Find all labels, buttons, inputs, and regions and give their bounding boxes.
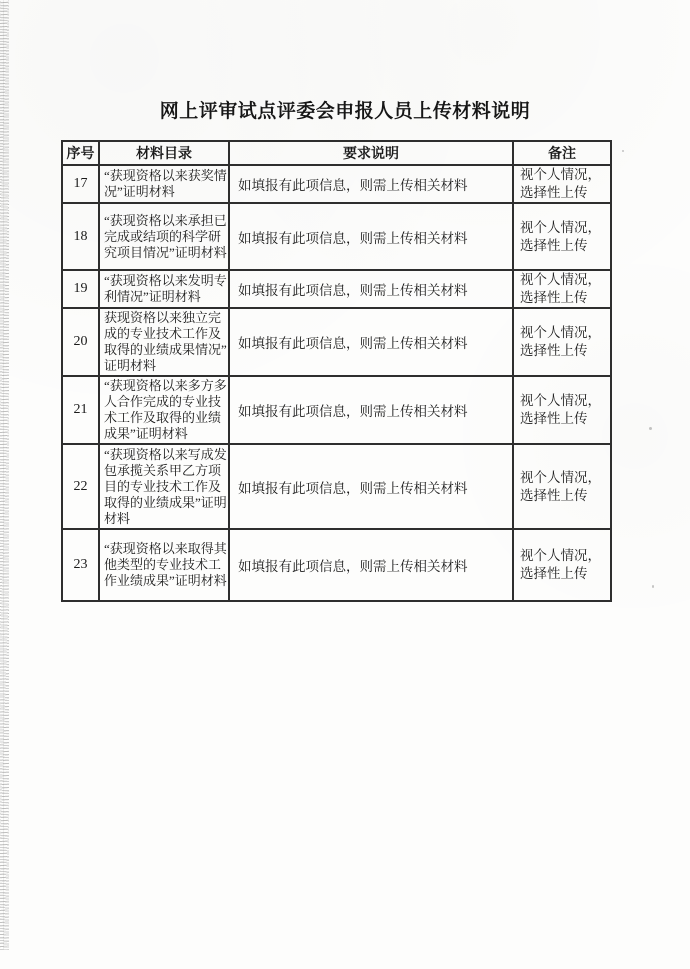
material-cell: “获现资格以来承担已完成或结项的科学研究项目情况”证明材料 — [99, 203, 229, 270]
table-row: 23 “获现资格以来取得其他类型的专业技术工作业绩成果”证明材料 如填报有此项信… — [62, 529, 611, 601]
scan-speck — [649, 427, 652, 430]
note-cell: 视个人情况，选择性上传 — [513, 529, 611, 601]
requirement-cell: 如填报有此项信息，则需上传相关材料 — [229, 270, 513, 308]
table-header-row: 序号 材料目录 要求说明 备注 — [62, 141, 611, 165]
requirement-cell: 如填报有此项信息，则需上传相关材料 — [229, 529, 513, 601]
table-row: 19 “获现资格以来发明专利情况”证明材料 如填报有此项信息，则需上传相关材料 … — [62, 270, 611, 308]
note-cell: 视个人情况，选择性上传 — [513, 203, 611, 270]
note-cell: 视个人情况，选择性上传 — [513, 376, 611, 444]
table-row: 18 “获现资格以来承担已完成或结项的科学研究项目情况”证明材料 如填报有此项信… — [62, 203, 611, 270]
material-cell: “获现资格以来写成发包承揽关系甲乙方项目的专业技术工作及取得的业绩成果”证明材料 — [99, 444, 229, 529]
note-cell: 视个人情况，选择性上传 — [513, 165, 611, 203]
note-cell: 视个人情况，选择性上传 — [513, 270, 611, 308]
document-title: 网上评审试点评委会申报人员上传材料说明 — [0, 96, 690, 123]
materials-table: 序号 材料目录 要求说明 备注 17 “获现资格以来获奖情况”证明材料 如填报有… — [61, 140, 612, 602]
requirement-cell: 如填报有此项信息，则需上传相关材料 — [229, 165, 513, 203]
header-seq-no: 序号 — [62, 141, 99, 165]
header-remarks: 备注 — [513, 141, 611, 165]
table-row: 22 “获现资格以来写成发包承揽关系甲乙方项目的专业技术工作及取得的业绩成果”证… — [62, 444, 611, 529]
table-row: 17 “获现资格以来获奖情况”证明材料 如填报有此项信息，则需上传相关材料 视个… — [62, 165, 611, 203]
row-number-cell: 22 — [62, 444, 99, 529]
material-cell: 获现资格以来独立完成的专业技术工作及取得的业绩成果情况”证明材料 — [99, 308, 229, 376]
table-row: 21 “获现资格以来多方多人合作完成的专业技术工作及取得的业绩成果”证明材料 如… — [62, 376, 611, 444]
note-cell: 视个人情况，选择性上传 — [513, 444, 611, 529]
requirement-cell: 如填报有此项信息，则需上传相关材料 — [229, 376, 513, 444]
row-number-cell: 23 — [62, 529, 99, 601]
row-number-cell: 21 — [62, 376, 99, 444]
scan-speck — [622, 150, 624, 152]
material-cell: “获现资格以来获奖情况”证明材料 — [99, 165, 229, 203]
row-number-cell: 20 — [62, 308, 99, 376]
material-cell: “获现资格以来多方多人合作完成的专业技术工作及取得的业绩成果”证明材料 — [99, 376, 229, 444]
requirement-cell: 如填报有此项信息，则需上传相关材料 — [229, 203, 513, 270]
material-cell: “获现资格以来取得其他类型的专业技术工作业绩成果”证明材料 — [99, 529, 229, 601]
requirement-cell: 如填报有此项信息，则需上传相关材料 — [229, 308, 513, 376]
material-cell: “获现资格以来发明专利情况”证明材料 — [99, 270, 229, 308]
note-cell: 视个人情况，选择性上传 — [513, 308, 611, 376]
scan-speck — [652, 585, 654, 588]
scanned-document-page: 网上评审试点评委会申报人员上传材料说明 序号 材料目录 要求说明 备注 17 “… — [0, 0, 690, 969]
table-row: 20 获现资格以来独立完成的专业技术工作及取得的业绩成果情况”证明材料 如填报有… — [62, 308, 611, 376]
row-number-cell: 17 — [62, 165, 99, 203]
header-requirement: 要求说明 — [229, 141, 513, 165]
header-material-catalog: 材料目录 — [99, 141, 229, 165]
row-number-cell: 18 — [62, 203, 99, 270]
row-number-cell: 19 — [62, 270, 99, 308]
scanner-edge-artifact — [0, 0, 9, 950]
requirement-cell: 如填报有此项信息，则需上传相关材料 — [229, 444, 513, 529]
